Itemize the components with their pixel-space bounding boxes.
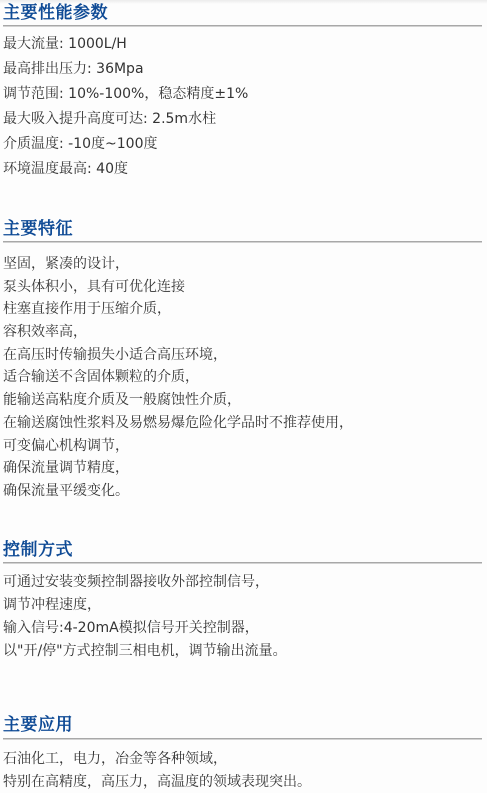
list-item: 调节范围: 10%-100%，稳态精度±1% bbox=[3, 82, 248, 107]
list-item: 确保流量平缓变化。 bbox=[3, 480, 353, 503]
list-item: 可变偏心机构调节， bbox=[3, 435, 353, 458]
list-item: 最大流量: 1000L/H bbox=[3, 32, 248, 57]
section-heading: 主要应用 bbox=[3, 715, 73, 735]
list-item: 在输送腐蚀性浆料及易燃易爆危险化学品时不推荐使用， bbox=[3, 412, 353, 435]
list-item: 介质温度: -10度~100度 bbox=[3, 132, 248, 157]
params-list: 最大流量: 1000L/H 最高排出压力: 36Mpa 调节范围: 10%-10… bbox=[3, 32, 248, 182]
features-list: 坚固，紧凑的设计， 泵头体积小，具有可优化连接 柱塞直接作用于压缩介质， 容积效… bbox=[3, 253, 353, 503]
list-item: 输入信号:4-20mA模拟信号开关控制器， bbox=[3, 617, 287, 640]
list-item: 容积效率高， bbox=[3, 321, 353, 344]
list-item: 可通过安装变频控制器接收外部控制信号， bbox=[3, 571, 287, 594]
list-item: 以"开/停"方式控制三相电机，调节输出流量。 bbox=[3, 640, 287, 663]
list-item: 能输送高粘度介质及一般腐蚀性介质， bbox=[3, 389, 353, 412]
list-item: 适合输送不含固体颗粒的介质， bbox=[3, 366, 353, 389]
list-item: 最大吸入提升高度可达: 2.5m水柱 bbox=[3, 107, 248, 132]
list-item: 调节冲程速度， bbox=[3, 594, 287, 617]
list-item: 在高压时传输损失小适合高压环境， bbox=[3, 344, 353, 367]
section-heading: 控制方式 bbox=[3, 540, 73, 560]
section-divider bbox=[3, 25, 482, 27]
list-item: 泵头体积小，具有可优化连接 bbox=[3, 276, 353, 299]
list-item: 确保流量调节精度， bbox=[3, 457, 353, 480]
section-divider bbox=[3, 738, 482, 740]
list-item: 环境温度最高: 40度 bbox=[3, 157, 248, 182]
applications-list: 石油化工，电力，冶金等各种领域， 特别在高精度，高压力，高温度的领域表现突出。 bbox=[3, 748, 311, 793]
section-divider bbox=[3, 562, 482, 564]
control-list: 可通过安装变频控制器接收外部控制信号， 调节冲程速度， 输入信号:4-20mA模… bbox=[3, 571, 287, 663]
section-divider bbox=[3, 241, 482, 243]
list-item: 最高排出压力: 36Mpa bbox=[3, 57, 248, 82]
list-item: 石油化工，电力，冶金等各种领域， bbox=[3, 748, 311, 771]
section-heading: 主要特征 bbox=[3, 219, 73, 239]
list-item: 特别在高精度，高压力，高温度的领域表现突出。 bbox=[3, 771, 311, 793]
list-item: 柱塞直接作用于压缩介质， bbox=[3, 298, 353, 321]
section-heading: 主要性能参数 bbox=[3, 3, 108, 23]
list-item: 坚固，紧凑的设计， bbox=[3, 253, 353, 276]
